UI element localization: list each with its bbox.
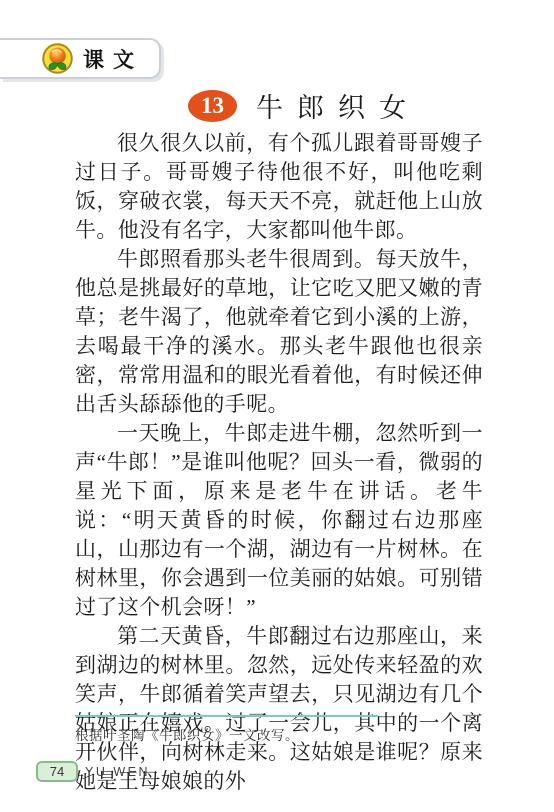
footnote-text: 根据叶圣陶《牛郎织女》一文改写。 [75, 724, 483, 744]
lesson-title-row: 13 牛郎织女 [188, 86, 420, 125]
footnote-divider [75, 715, 378, 717]
page-number-badge: 74 [36, 761, 78, 782]
page-footer: 74 YU WEN [36, 761, 150, 782]
textbook-page: 课文 13 牛郎织女 很久很久以前，有个孤儿跟着哥哥嫂子过日子。哥哥嫂子待他很不… [0, 0, 554, 812]
lesson-body: 很久很久以前，有个孤儿跟着哥哥嫂子过日子。哥哥嫂子待他很不好，叫他吃剩饭，穿破衣… [75, 129, 483, 796]
lesson-number-badge: 13 [188, 90, 237, 122]
section-tab-label: 课文 [83, 44, 143, 74]
paragraph-3: 一天晚上，牛郎走进牛棚，忽然听到一声“牛郎！”是谁叫他呢？回头一看，微弱的星光下… [75, 419, 483, 622]
paragraph-2: 牛郎照看那头老牛很周到。每天放牛，他总是挑最好的草地，让它吃又肥又嫩的青草；老牛… [75, 245, 483, 419]
subject-label: YU WEN [85, 765, 150, 779]
lesson-title: 牛郎织女 [256, 86, 420, 125]
paragraph-1: 很久很久以前，有个孤儿跟着哥哥嫂子过日子。哥哥嫂子待他很不好，叫他吃剩饭，穿破衣… [75, 129, 483, 245]
publisher-flower-logo-icon [42, 43, 73, 74]
footnote: 根据叶圣陶《牛郎织女》一文改写。 [75, 715, 483, 744]
section-tab: 课文 [0, 38, 161, 79]
